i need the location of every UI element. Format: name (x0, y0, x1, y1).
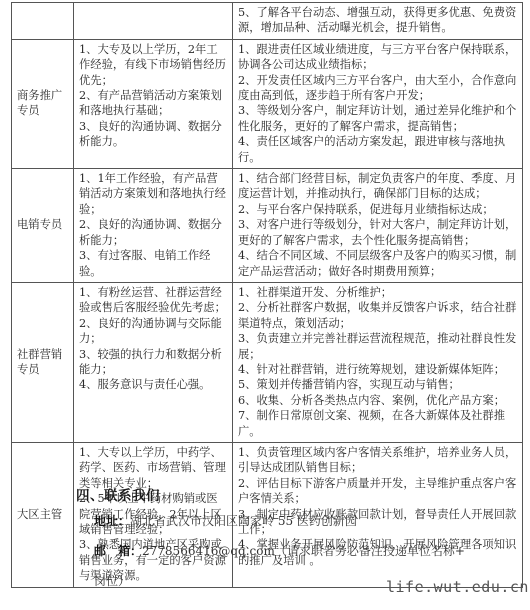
requirements-cell: 1、有粉丝运营、社群运营经验或售后客服经验优先考虑；2、良好的沟通协调与交际能力… (74, 282, 233, 442)
duty-item: 2、开发责任区域内三方平台客户，由大至小，合作意向度由高到低，逐步趋于所有客户开… (238, 73, 518, 104)
position-name: 社群营销专员 (12, 282, 74, 442)
requirement-item: 1、有粉丝运营、社群运营经验或售后客服经验优先考虑； (79, 285, 228, 316)
section-title-contact: 四、联系我们 (76, 484, 160, 504)
duty-item: 2、评估目标下游客户质量并开发，主导维护重点客户客户客情关系； (238, 476, 518, 507)
duty-item: 5、了解各平台动态、增强互动，获得更多优惠、免费资源，增加品种、活动曝光机会，提… (238, 5, 518, 36)
email-label: 邮 箱： (94, 544, 142, 558)
duty-item: 2、分析社群客户数据，收集并反馈客户诉求，结合社群渠道特点，策划活动； (238, 300, 518, 331)
duties-cell: 1、跟进责任区域业绩进度，与三方平台客户保持联系，协调各公司达成业绩指标；2、开… (233, 39, 523, 168)
watermark: life.wut.edu.cn (386, 578, 529, 596)
duty-item: 2、与平台客户保持联系，促进每月业绩指标达成； (238, 202, 518, 217)
requirement-item: 3、较强的执行力和数据分析能力； (79, 347, 228, 378)
duty-item: 7、制作日常原创文案、视频，在各大新媒体及社群推广。 (238, 408, 518, 439)
duties-cell: 1、社群渠道开发、分析维护；2、分析社群客户数据，收集并反馈客户诉求，结合社群渠… (233, 282, 523, 442)
position-name: 电销专员 (12, 169, 74, 283)
duty-item: 5、策划并传播营销内容，实现互动与销售； (238, 377, 518, 392)
duty-item: 3、等级划分客户，制定拜访计划，通过差异化维护和个性化服务，更好的了解客户需求，… (238, 103, 518, 134)
duties-cell: 1、结合部门经营目标，制定负责客户的年度、季度、月度运营计划，并推动执行，确保部… (233, 169, 523, 283)
requirement-item: 2、良好的沟通协调与交际能力； (79, 316, 228, 347)
contact-email-continued: 岗位） (94, 572, 130, 589)
duty-item: 1、社群渠道开发、分析维护； (238, 285, 518, 300)
duty-item: 1、结合部门经营目标，制定负责客户的年度、季度、月度运营计划，并推动执行，确保部… (238, 171, 518, 202)
address-label: 地址： (94, 514, 130, 528)
requirements-cell: 1、1年工作经验，有产品营销活动方案策划和落地执行经验；2、良好的沟通协调、数据… (74, 169, 233, 283)
contact-email: 邮 箱：2778566416@qq.com（请求职者务必备注投递单位名称+ (94, 542, 465, 559)
table-row: 电销专员1、1年工作经验，有产品营销活动方案策划和落地执行经验；2、良好的沟通协… (12, 169, 523, 283)
table-row: 5、了解各平台动态、增强互动，获得更多优惠、免费资源，增加品种、活动曝光机会，提… (12, 3, 523, 40)
requirement-item: 3、有过客服、电销工作经验。 (79, 248, 228, 279)
duties-cell: 5、了解各平台动态、增强互动，获得更多优惠、免费资源，增加品种、活动曝光机会，提… (233, 3, 523, 40)
position-name: 大区主管 (12, 442, 74, 587)
duty-item: 6、收集、分析各类热点内容、案例，优化产品方案； (238, 393, 518, 408)
duty-item: 4、结合不同区域、不同层级客户及客户的购买习惯，制定产品运营活动；做好各时期费用… (238, 248, 518, 279)
table-row: 社群营销专员1、有粉丝运营、社群运营经验或售后客服经验优先考虑；2、良好的沟通协… (12, 282, 523, 442)
requirement-item: 3、良好的沟通协调、数据分析能力。 (79, 119, 228, 150)
position-name (12, 3, 74, 40)
requirements-cell: 1、大专及以上学历，2年工作经验，有线下市场销售经历优先；2、有产品营销活动方案… (74, 39, 233, 168)
table-row: 商务推广专员1、大专及以上学历，2年工作经验，有线下市场销售经历优先；2、有产品… (12, 39, 523, 168)
duty-item: 3、对客户进行等级划分，针对大客户，制定拜访计划，更好的了解客户需求，去个性化服… (238, 217, 518, 248)
requirement-item: 4、服务意识与责任心强。 (79, 377, 228, 392)
duty-item: 4、针对社群营销，进行统筹规划，建设新媒体矩阵； (238, 362, 518, 377)
email-value[interactable]: 2778566416@qq.com（请求职者务必备注投递单位名称+ (142, 544, 465, 558)
duty-item: 1、负责管理区域内客户客情关系维护，培养业务人员，引导达成团队销售目标； (238, 445, 518, 476)
requirement-item: 1、大专及以上学历，2年工作经验，有线下市场销售经历优先； (79, 42, 228, 88)
requirement-item: 2、良好的沟通协调、数据分析能力； (79, 217, 228, 248)
requirements-cell (74, 3, 233, 40)
requirement-item: 2、有产品营销活动方案策划和落地执行基础； (79, 88, 228, 119)
duty-item: 1、跟进责任区域业绩进度，与三方平台客户保持联系，协调各公司达成业绩指标； (238, 42, 518, 73)
requirement-item: 1、1年工作经验，有产品营销活动方案策划和落地执行经验； (79, 171, 228, 217)
address-value: 湖北省武汉市汉阳区陶家岭 55 医药创新园 (130, 514, 357, 528)
duty-item: 4、责任区域客户的活动方案发起，跟进审核与落地执行。 (238, 134, 518, 165)
position-name: 商务推广专员 (12, 39, 74, 168)
contact-address: 地址：湖北省武汉市汉阳区陶家岭 55 医药创新园 (94, 512, 357, 529)
duty-item: 3、负责建立并完善社群运营流程规范，推动社群良性发展； (238, 331, 518, 362)
